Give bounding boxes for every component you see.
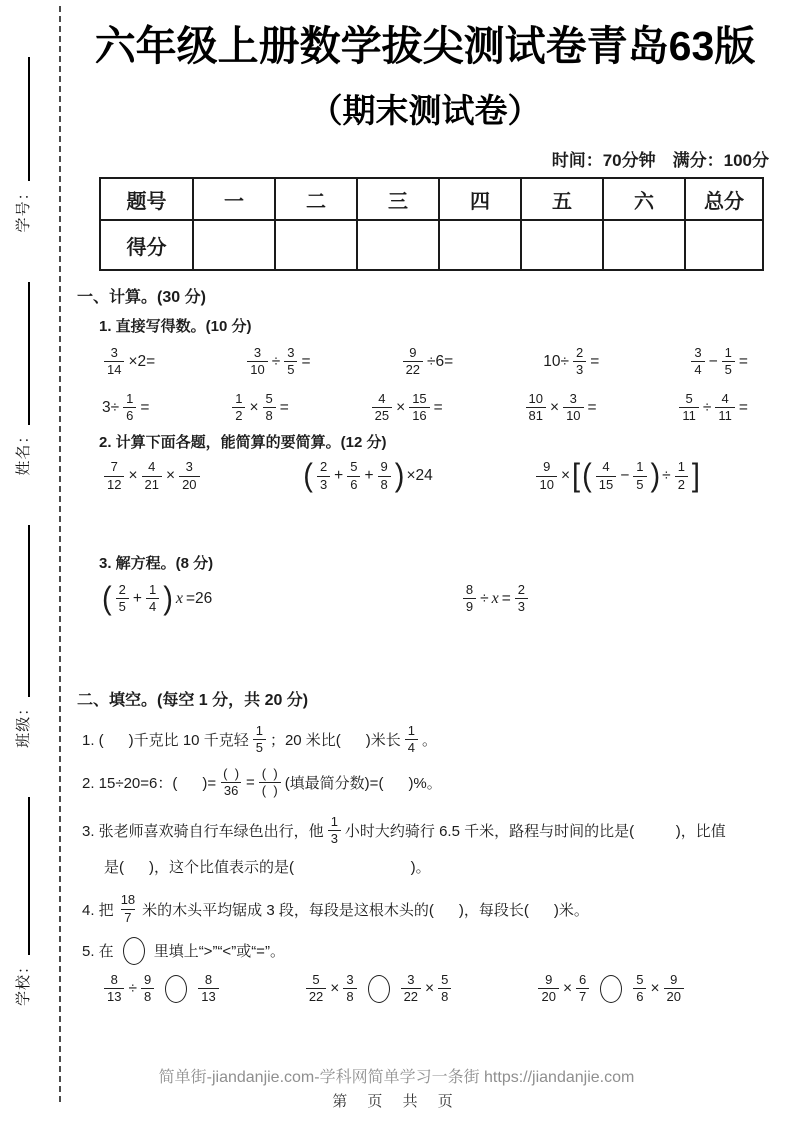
math-text: =26 [186, 590, 212, 608]
fill-item-3-line-2: 是( )，这个比值表示的是( )。 [103, 856, 775, 877]
math-expression: 12×58= [229, 392, 290, 424]
score-table-score-row: 得分 [100, 220, 763, 270]
denominator: 36 [221, 782, 241, 798]
math-text: 10÷ [543, 353, 569, 371]
section-4-cell: 四 [439, 178, 521, 220]
numerator: 2 [573, 346, 586, 361]
fraction: 38 [343, 973, 356, 1005]
name-blank-line [25, 282, 30, 425]
denominator: 10 [247, 361, 267, 377]
fraction: 813 [198, 973, 218, 1005]
fraction: 920 [664, 973, 684, 1005]
denominator: 22 [306, 988, 326, 1004]
q2-label: 2. 计算下面各题，能简算的要简算。(12 分) [99, 431, 775, 452]
comparison-expressions-row: 813÷98813522×38322×58920×6756×920 [101, 973, 687, 1005]
class-blank-line [25, 525, 30, 697]
numerator: 5 [347, 460, 360, 475]
score-empty-cell [193, 220, 275, 270]
numerator: 3 [691, 346, 704, 361]
math-text: ×24 [406, 467, 432, 485]
fraction: 310 [563, 392, 583, 424]
q3-equations-row: (25+14)x=2689÷x=23 [101, 583, 531, 615]
margin-dashed-line [59, 6, 61, 1102]
question-number-label-cell: 题号 [100, 178, 193, 220]
score-empty-cell [685, 220, 763, 270]
math-text: 4. 把 [82, 899, 114, 920]
math-expression: 920×6756×920 [535, 973, 687, 1005]
math-text: − [620, 467, 629, 485]
numerator: 10 [526, 392, 546, 407]
math-text: = [280, 399, 289, 417]
math-text: 2. 15÷20=6：( )= [82, 772, 216, 793]
fraction: 320 [179, 460, 199, 492]
fraction: 813 [104, 973, 124, 1005]
fraction: 58 [263, 392, 276, 424]
numerator: 9 [406, 346, 419, 361]
score-empty-cell [439, 220, 521, 270]
numerator: 1 [405, 724, 418, 739]
numerator: 18 [118, 893, 138, 908]
score-label-cell: 得分 [100, 220, 193, 270]
fraction: 425 [372, 392, 392, 424]
denominator: 20 [538, 988, 558, 1004]
denominator: 4 [405, 739, 418, 755]
numerator: 9 [378, 460, 391, 475]
variable-x: x [176, 590, 183, 608]
math-text: 是( )，这个比值表示的是( )。 [104, 856, 431, 877]
fraction: 712 [104, 460, 124, 492]
paper-subtitle: （期末测试卷） [75, 85, 775, 132]
school-label: 学校： [15, 958, 32, 1006]
math-expression: (25+14)x=26 [101, 583, 213, 615]
fraction: 421 [142, 460, 162, 492]
math-expression: (23+56+98)×24 [302, 460, 433, 492]
numerator: 2 [116, 583, 129, 598]
variable-x: x [492, 590, 499, 608]
numerator: 1 [146, 583, 159, 598]
math-text: = [140, 399, 149, 417]
denominator: 2 [675, 476, 688, 492]
section-3-cell: 三 [357, 178, 439, 220]
footer-page-number: 第 页 共 页 [0, 1090, 793, 1111]
comparison-circle [600, 975, 622, 1003]
math-text: 3÷ [102, 399, 119, 417]
numerator: 3 [108, 346, 121, 361]
fraction: 15 [253, 724, 266, 756]
denominator: 8 [438, 988, 451, 1004]
math-text: ÷ [662, 467, 671, 485]
q1-expressions-row-1: 314×2=310÷35=922÷6=10÷23=34−15= [101, 346, 749, 378]
math-expression: 10÷23= [542, 346, 600, 378]
fraction: 511 [679, 392, 699, 424]
fraction: 35 [284, 346, 297, 378]
school-blank-line [25, 797, 30, 955]
math-text: + [334, 467, 343, 485]
denominator: 14 [104, 361, 124, 377]
section-2-heading: 二、填空。(每空 1 分，共 20 分) [77, 687, 775, 710]
fraction: 322 [401, 973, 421, 1005]
numerator: 3 [404, 973, 417, 988]
denominator: 7 [121, 909, 134, 925]
paper-body: 六年级上册数学拔尖测试卷青岛63版 （期末测试卷） 时间：70分钟 满分：100… [75, 0, 775, 1005]
section-1-heading: 一、计算。(30 分) [77, 284, 775, 307]
denominator: 6 [123, 407, 136, 423]
numerator: 9 [542, 973, 555, 988]
denominator: 8 [343, 988, 356, 1004]
numerator: 1 [232, 392, 245, 407]
fraction: 1516 [409, 392, 429, 424]
name-field: 姓名： [15, 282, 32, 476]
numerator: 8 [108, 973, 121, 988]
denominator: 5 [722, 361, 735, 377]
fill-item-2: 2. 15÷20=6：( )=( )36=( )( )(填最简分数)=( )%。 [81, 767, 775, 799]
fill-item-5: 5. 在里填上“>”“<”或“=”。 [81, 937, 775, 965]
denominator: 12 [104, 476, 124, 492]
denominator: 22 [403, 361, 423, 377]
numerator: 3 [284, 346, 297, 361]
denominator: 6 [633, 988, 646, 1004]
denominator: 5 [633, 476, 646, 492]
denominator: 3 [573, 361, 586, 377]
denominator: 4 [691, 361, 704, 377]
denominator: 10 [536, 476, 556, 492]
fraction: 23 [317, 460, 330, 492]
math-text: ÷ [480, 590, 489, 608]
fraction: 16 [123, 392, 136, 424]
denominator: 11 [715, 407, 735, 423]
student-id-label: 学号： [15, 184, 32, 232]
numerator: 1 [328, 815, 341, 830]
math-text: × [166, 467, 175, 485]
math-text: ；20 米比( )米长 [270, 729, 401, 750]
fraction: 15 [633, 460, 646, 492]
math-text: 3. 张老师喜欢骑自行车绿色出行，他 [82, 820, 324, 841]
math-text: 。 [422, 729, 437, 750]
numerator: 5 [633, 973, 646, 988]
math-expression: 522×38322×58 [303, 973, 455, 1005]
fraction: 14 [405, 724, 418, 756]
math-expression: 89÷x=23 [460, 583, 531, 615]
score-empty-cell [357, 220, 439, 270]
math-expression: 34−15= [688, 346, 749, 378]
time-fullscore-meta: 时间：70分钟 满分：100分 [75, 146, 775, 171]
math-text: × [550, 399, 559, 417]
math-text: × [425, 980, 434, 998]
denominator: 21 [142, 476, 162, 492]
fraction: 89 [463, 583, 476, 615]
denominator: 81 [526, 407, 546, 423]
fraction: 310 [247, 346, 267, 378]
class-label: 班级： [15, 700, 32, 748]
numerator: ( ) [220, 767, 242, 782]
numerator: 1 [123, 392, 136, 407]
name-label: 姓名： [15, 428, 32, 476]
math-expression: 310÷35= [244, 346, 311, 378]
comparison-circle [165, 975, 187, 1003]
math-text: ÷ [272, 353, 281, 371]
numerator: 1 [633, 460, 646, 475]
q3-label: 3. 解方程。(8 分) [99, 552, 775, 573]
denominator: 11 [679, 407, 699, 423]
math-text: (填最简分数)=( )%。 [285, 772, 442, 793]
numerator: 3 [567, 392, 580, 407]
denominator: 8 [141, 988, 154, 1004]
fraction: 920 [538, 973, 558, 1005]
school-field: 学校： [15, 797, 32, 1006]
footer-site-line: 简单街-jiandanjie.com-学科网简单学习一条街 https://ji… [0, 1064, 793, 1087]
numerator: 4 [599, 460, 612, 475]
denominator: 13 [104, 988, 124, 1004]
math-text: × [249, 399, 258, 417]
section-5-cell: 五 [521, 178, 603, 220]
paper-title: 六年级上册数学拔尖测试卷青岛63版 [75, 22, 775, 71]
denominator: 13 [198, 988, 218, 1004]
test-paper-page: 学校： 班级： 姓名： 学号： 六年级上册数学拔尖测试卷青岛63版 （期末测试卷… [0, 0, 793, 1122]
fraction: 314 [104, 346, 124, 378]
student-info-sidebar: 学校： 班级： 姓名： 学号： [12, 48, 33, 1058]
fraction: 13 [328, 815, 341, 847]
student-id-blank-line [25, 57, 30, 181]
denominator: 20 [179, 476, 199, 492]
fraction: 56 [347, 460, 360, 492]
math-text: 里填上“>”“<”或“=”。 [154, 940, 285, 961]
denominator: ( ) [259, 782, 281, 798]
numerator: 4 [145, 460, 158, 475]
section-6-cell: 六 [603, 178, 685, 220]
math-text: 1. ( )千克比 10 千克轻 [82, 729, 249, 750]
score-empty-cell [603, 220, 685, 270]
denominator: 8 [378, 476, 391, 492]
math-text: × [563, 980, 572, 998]
fraction: 67 [576, 973, 589, 1005]
score-empty-cell [521, 220, 603, 270]
comparison-circle [368, 975, 390, 1003]
denominator: 5 [253, 739, 266, 755]
fraction: ( )36 [220, 767, 242, 799]
numerator: 9 [540, 460, 553, 475]
math-text: ÷ [703, 399, 712, 417]
denominator: 20 [664, 988, 684, 1004]
fraction: 58 [438, 973, 451, 1005]
fraction: 56 [633, 973, 646, 1005]
fraction: 98 [141, 973, 154, 1005]
math-text: ×2= [128, 353, 155, 371]
math-expression: 425×1516= [369, 392, 444, 424]
denominator: 3 [515, 598, 528, 614]
q1-label: 1. 直接写得数。(10 分) [99, 315, 775, 336]
math-text: = [590, 353, 599, 371]
math-expression: 922÷6= [400, 346, 455, 378]
denominator: 7 [576, 988, 589, 1004]
numerator: 5 [438, 973, 451, 988]
denominator: 6 [347, 476, 360, 492]
denominator: 5 [116, 598, 129, 614]
student-id-field: 学号： [15, 57, 32, 232]
numerator: 3 [251, 346, 264, 361]
numerator: 9 [141, 973, 154, 988]
fraction: 910 [536, 460, 556, 492]
math-text: = [739, 399, 748, 417]
numerator: 4 [375, 392, 388, 407]
denominator: 2 [232, 407, 245, 423]
fraction: 23 [515, 583, 528, 615]
fill-item-1: 1. ( )千克比 10 千克轻15；20 米比( )米长14。 [81, 724, 775, 756]
numerator: ( ) [259, 767, 281, 782]
math-text: × [128, 467, 137, 485]
numerator: 1 [722, 346, 735, 361]
denominator: 3 [328, 830, 341, 846]
numerator: 1 [675, 460, 688, 475]
numerator: 2 [515, 583, 528, 598]
fraction: 15 [722, 346, 735, 378]
math-expression: 813÷98813 [101, 973, 222, 1005]
fraction: ( )( ) [259, 767, 281, 799]
fraction: 12 [675, 460, 688, 492]
math-text: × [561, 467, 570, 485]
fraction: 23 [573, 346, 586, 378]
math-expression: 3÷16= [101, 392, 150, 424]
denominator: 8 [263, 407, 276, 423]
math-text: ÷6= [427, 353, 453, 371]
math-expression: 910×[(415−15)÷12] [533, 460, 701, 492]
fraction: 12 [232, 392, 245, 424]
section-1-cell: 一 [193, 178, 275, 220]
denominator: 3 [317, 476, 330, 492]
numerator: 8 [463, 583, 476, 598]
math-text: × [330, 980, 339, 998]
numerator: 5 [263, 392, 276, 407]
math-text: × [650, 980, 659, 998]
score-table: 题号 一 二 三 四 五 六 总分 得分 [99, 177, 764, 271]
numerator: 3 [183, 460, 196, 475]
fraction: 1081 [526, 392, 546, 424]
math-text: = [246, 774, 255, 791]
denominator: 4 [146, 598, 159, 614]
numerator: 4 [719, 392, 732, 407]
math-text: = [739, 353, 748, 371]
numerator: 15 [409, 392, 429, 407]
fraction: 25 [116, 583, 129, 615]
section-2-cell: 二 [275, 178, 357, 220]
numerator: 6 [576, 973, 589, 988]
math-expression: 712×421×320 [101, 460, 203, 492]
math-text: = [502, 590, 511, 608]
math-text: ÷ [128, 980, 137, 998]
denominator: 9 [463, 598, 476, 614]
fraction: 187 [118, 893, 138, 925]
numerator: 5 [683, 392, 696, 407]
math-text: = [434, 399, 443, 417]
class-field: 班级： [15, 525, 32, 748]
denominator: 16 [409, 407, 429, 423]
fraction: 411 [715, 392, 735, 424]
math-text: 米的木头平均锯成 3 段，每段是这根木头的( )，每段长( )米。 [142, 899, 589, 920]
denominator: 5 [284, 361, 297, 377]
denominator: 22 [401, 988, 421, 1004]
math-expression: 511÷411= [676, 392, 749, 424]
math-text: = [588, 399, 597, 417]
fill-item-4: 4. 把187米的木头平均锯成 3 段，每段是这根木头的( )，每段长( )米。 [81, 893, 775, 925]
fraction: 415 [596, 460, 616, 492]
numerator: 1 [253, 724, 266, 739]
fraction: 922 [403, 346, 423, 378]
fraction: 522 [306, 973, 326, 1005]
math-text: 5. 在 [82, 940, 114, 961]
math-expression: 314×2= [101, 346, 156, 378]
score-table-header-row: 题号 一 二 三 四 五 六 总分 [100, 178, 763, 220]
numerator: 8 [202, 973, 215, 988]
numerator: 9 [667, 973, 680, 988]
math-text: + [364, 467, 373, 485]
math-text: 小时大约骑行 6.5 千米，路程与时间的比是( )，比值 [345, 820, 726, 841]
math-expression: 1081×310= [523, 392, 598, 424]
denominator: 10 [563, 407, 583, 423]
numerator: 3 [343, 973, 356, 988]
total-score-header-cell: 总分 [685, 178, 763, 220]
denominator: 25 [372, 407, 392, 423]
fill-item-3-line-1: 3. 张老师喜欢骑自行车绿色出行，他13小时大约骑行 6.5 千米，路程与时间的… [81, 815, 775, 847]
math-text: × [396, 399, 405, 417]
fraction: 14 [146, 583, 159, 615]
score-empty-cell [275, 220, 357, 270]
denominator: 15 [596, 476, 616, 492]
math-text: = [301, 353, 310, 371]
q2-expressions-row: 712×421×320(23+56+98)×24910×[(415−15)÷12… [101, 460, 701, 492]
numerator: 7 [108, 460, 121, 475]
numerator: 2 [317, 460, 330, 475]
numerator: 5 [309, 973, 322, 988]
comparison-circle [123, 937, 145, 965]
fraction: 98 [378, 460, 391, 492]
fraction: 34 [691, 346, 704, 378]
math-text: + [133, 590, 142, 608]
q1-expressions-row-2: 3÷16=12×58=425×1516=1081×310=511÷411= [101, 392, 749, 424]
math-text: − [709, 353, 718, 371]
